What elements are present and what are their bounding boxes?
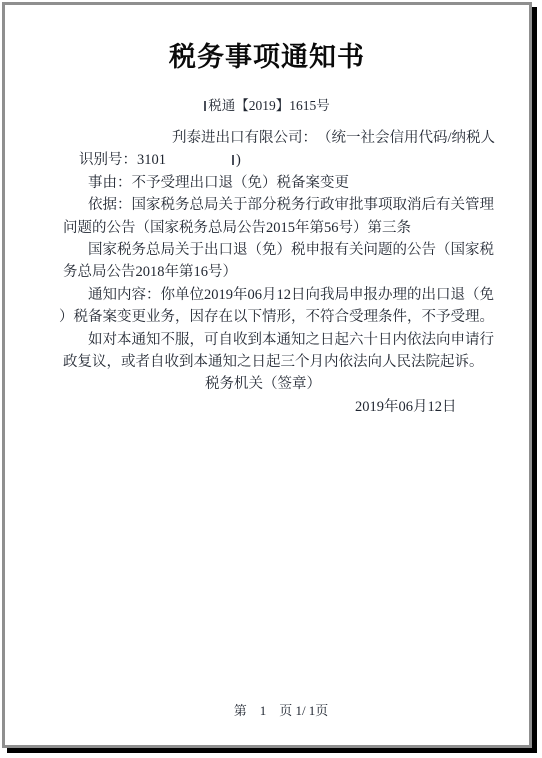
taxpayer-id-text: 识别号：3101 bbox=[79, 152, 166, 168]
basis-line-3: 国家税务总局关于出口退（免）税申报有关问题的公告（国家税 bbox=[59, 239, 531, 261]
taxpayer-id-tail: ) bbox=[236, 152, 241, 168]
basis-line-1: 依据：国家税务总局关于部分税务行政审批事项取消后有关管理 bbox=[59, 194, 531, 216]
date-line: 2019年06月12日 bbox=[59, 396, 531, 418]
doc-number: 税通【2019】1615号 bbox=[5, 97, 529, 115]
notice-body: 刋泰进出口有限公司： （统一社会信用代码/纳税人 识别号：3101) 事由：不予… bbox=[59, 127, 531, 418]
company-line: 刋泰进出口有限公司： （统一社会信用代码/纳税人 bbox=[59, 127, 531, 149]
basis-line-4: 务总局公告2018年第16号） bbox=[59, 261, 531, 283]
page-title: 税务事项通知书 bbox=[5, 41, 529, 73]
doc-number-text: 税通【2019】1615号 bbox=[208, 98, 330, 113]
content-line-1: 通知内容：你单位2019年06月12日向我局申报办理的出口退（免 bbox=[59, 284, 531, 306]
content-line-2: ）税备案变更业务，因存在以下情形，不符合受理条件，不予受理。 bbox=[59, 306, 531, 328]
appeal-line-1: 如对本通知不服，可自收到本通知之日起六十日内依法向申请行 bbox=[59, 329, 531, 351]
page-footer: 第 1 页 1/ 1页 bbox=[5, 703, 529, 719]
notice-page: 税务事项通知书 税通【2019】1615号 刋泰进出口有限公司： （统一社会信用… bbox=[2, 2, 532, 748]
appeal-line-2: 政复议，或者自收到本通知之日起三个月内依法向人民法院起诉。 bbox=[59, 351, 531, 373]
document-canvas: 税务事项通知书 税通【2019】1615号 刋泰进出口有限公司： （统一社会信用… bbox=[0, 0, 542, 758]
redaction-fragment-icon bbox=[204, 101, 206, 111]
signature-line: 税务机关（签章） bbox=[59, 373, 531, 395]
taxpayer-id-line: 识别号：3101) bbox=[59, 149, 531, 171]
redaction-fragment-icon bbox=[232, 155, 234, 165]
basis-line-2: 问题的公告（国家税务总局公告2015年第56号）第三条 bbox=[59, 217, 531, 239]
subject-line: 事由：不予受理出口退（免）税备案变更 bbox=[59, 172, 531, 194]
